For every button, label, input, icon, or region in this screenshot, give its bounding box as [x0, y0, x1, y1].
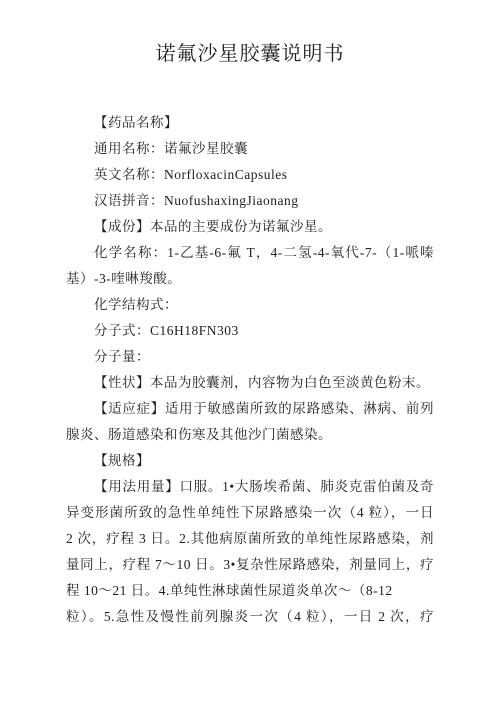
document-body: 【药品名称】 通用名称：诺氟沙星胶囊 英文名称：NorfloxacinCapsu…: [66, 110, 434, 630]
section-dosage-1: 【用法用量】口服。1•大肠埃希菌、肺炎克雷伯菌及奇: [66, 474, 434, 500]
section-dosage-6: 粒）。5.急性及慢性前列腺炎一次（4 粒），一日 2 次，疗: [66, 604, 434, 630]
section-description: 【性状】本品为胶囊剂，内容物为白色至淡黄色粉末。: [66, 370, 434, 396]
section-ingredients: 【成份】本品的主要成份为诺氟沙星。: [66, 214, 434, 240]
document-page: 诺氟沙星胶囊说明书 【药品名称】 通用名称：诺氟沙星胶囊 英文名称：Norflo…: [0, 0, 500, 707]
section-dosage-3: 2 次，疗程 3 日。2.其他病原菌所致的单纯性尿路感染，剂: [66, 526, 434, 552]
line-pinyin-name: 汉语拼音：NuofushaxingJiaonang: [66, 188, 434, 214]
section-indications-1: 【适应症】适用于敏感菌所致的尿路感染、淋病、前列: [66, 396, 434, 422]
section-dosage-4: 量同上，疗程 7～10 日。3•复杂性尿路感染，剂量同上，疗: [66, 552, 434, 578]
line-english-name: 英文名称：NorfloxacinCapsules: [66, 162, 434, 188]
section-dosage-5: 程 10～21 日。4.单纯性淋球菌性尿道炎单次～（8-12: [66, 578, 434, 604]
section-indications-2: 腺炎、肠道感染和伤寒及其他沙门菌感染。: [66, 422, 434, 448]
line-chemical-name-2: 基）-3-喹啉羧酸。: [66, 266, 434, 292]
section-specification: 【规格】: [66, 448, 434, 474]
line-molecular-weight: 分子量：: [66, 344, 434, 370]
line-molecular-formula: 分子式：C16H18FN303: [66, 318, 434, 344]
line-chemical-name-1: 化学名称：1-乙基-6-氟 T，4-二氢-4-氧代-7-（1-哌嗪: [66, 240, 434, 266]
document-title: 诺氟沙星胶囊说明书: [0, 0, 500, 68]
section-dosage-2: 异变形菌所致的急性单纯性下尿路感染一次（4 粒），一日: [66, 500, 434, 526]
line-generic-name: 通用名称：诺氟沙星胶囊: [66, 136, 434, 162]
section-heading-drug-name: 【药品名称】: [66, 110, 434, 136]
line-chemical-structure: 化学结构式：: [66, 292, 434, 318]
